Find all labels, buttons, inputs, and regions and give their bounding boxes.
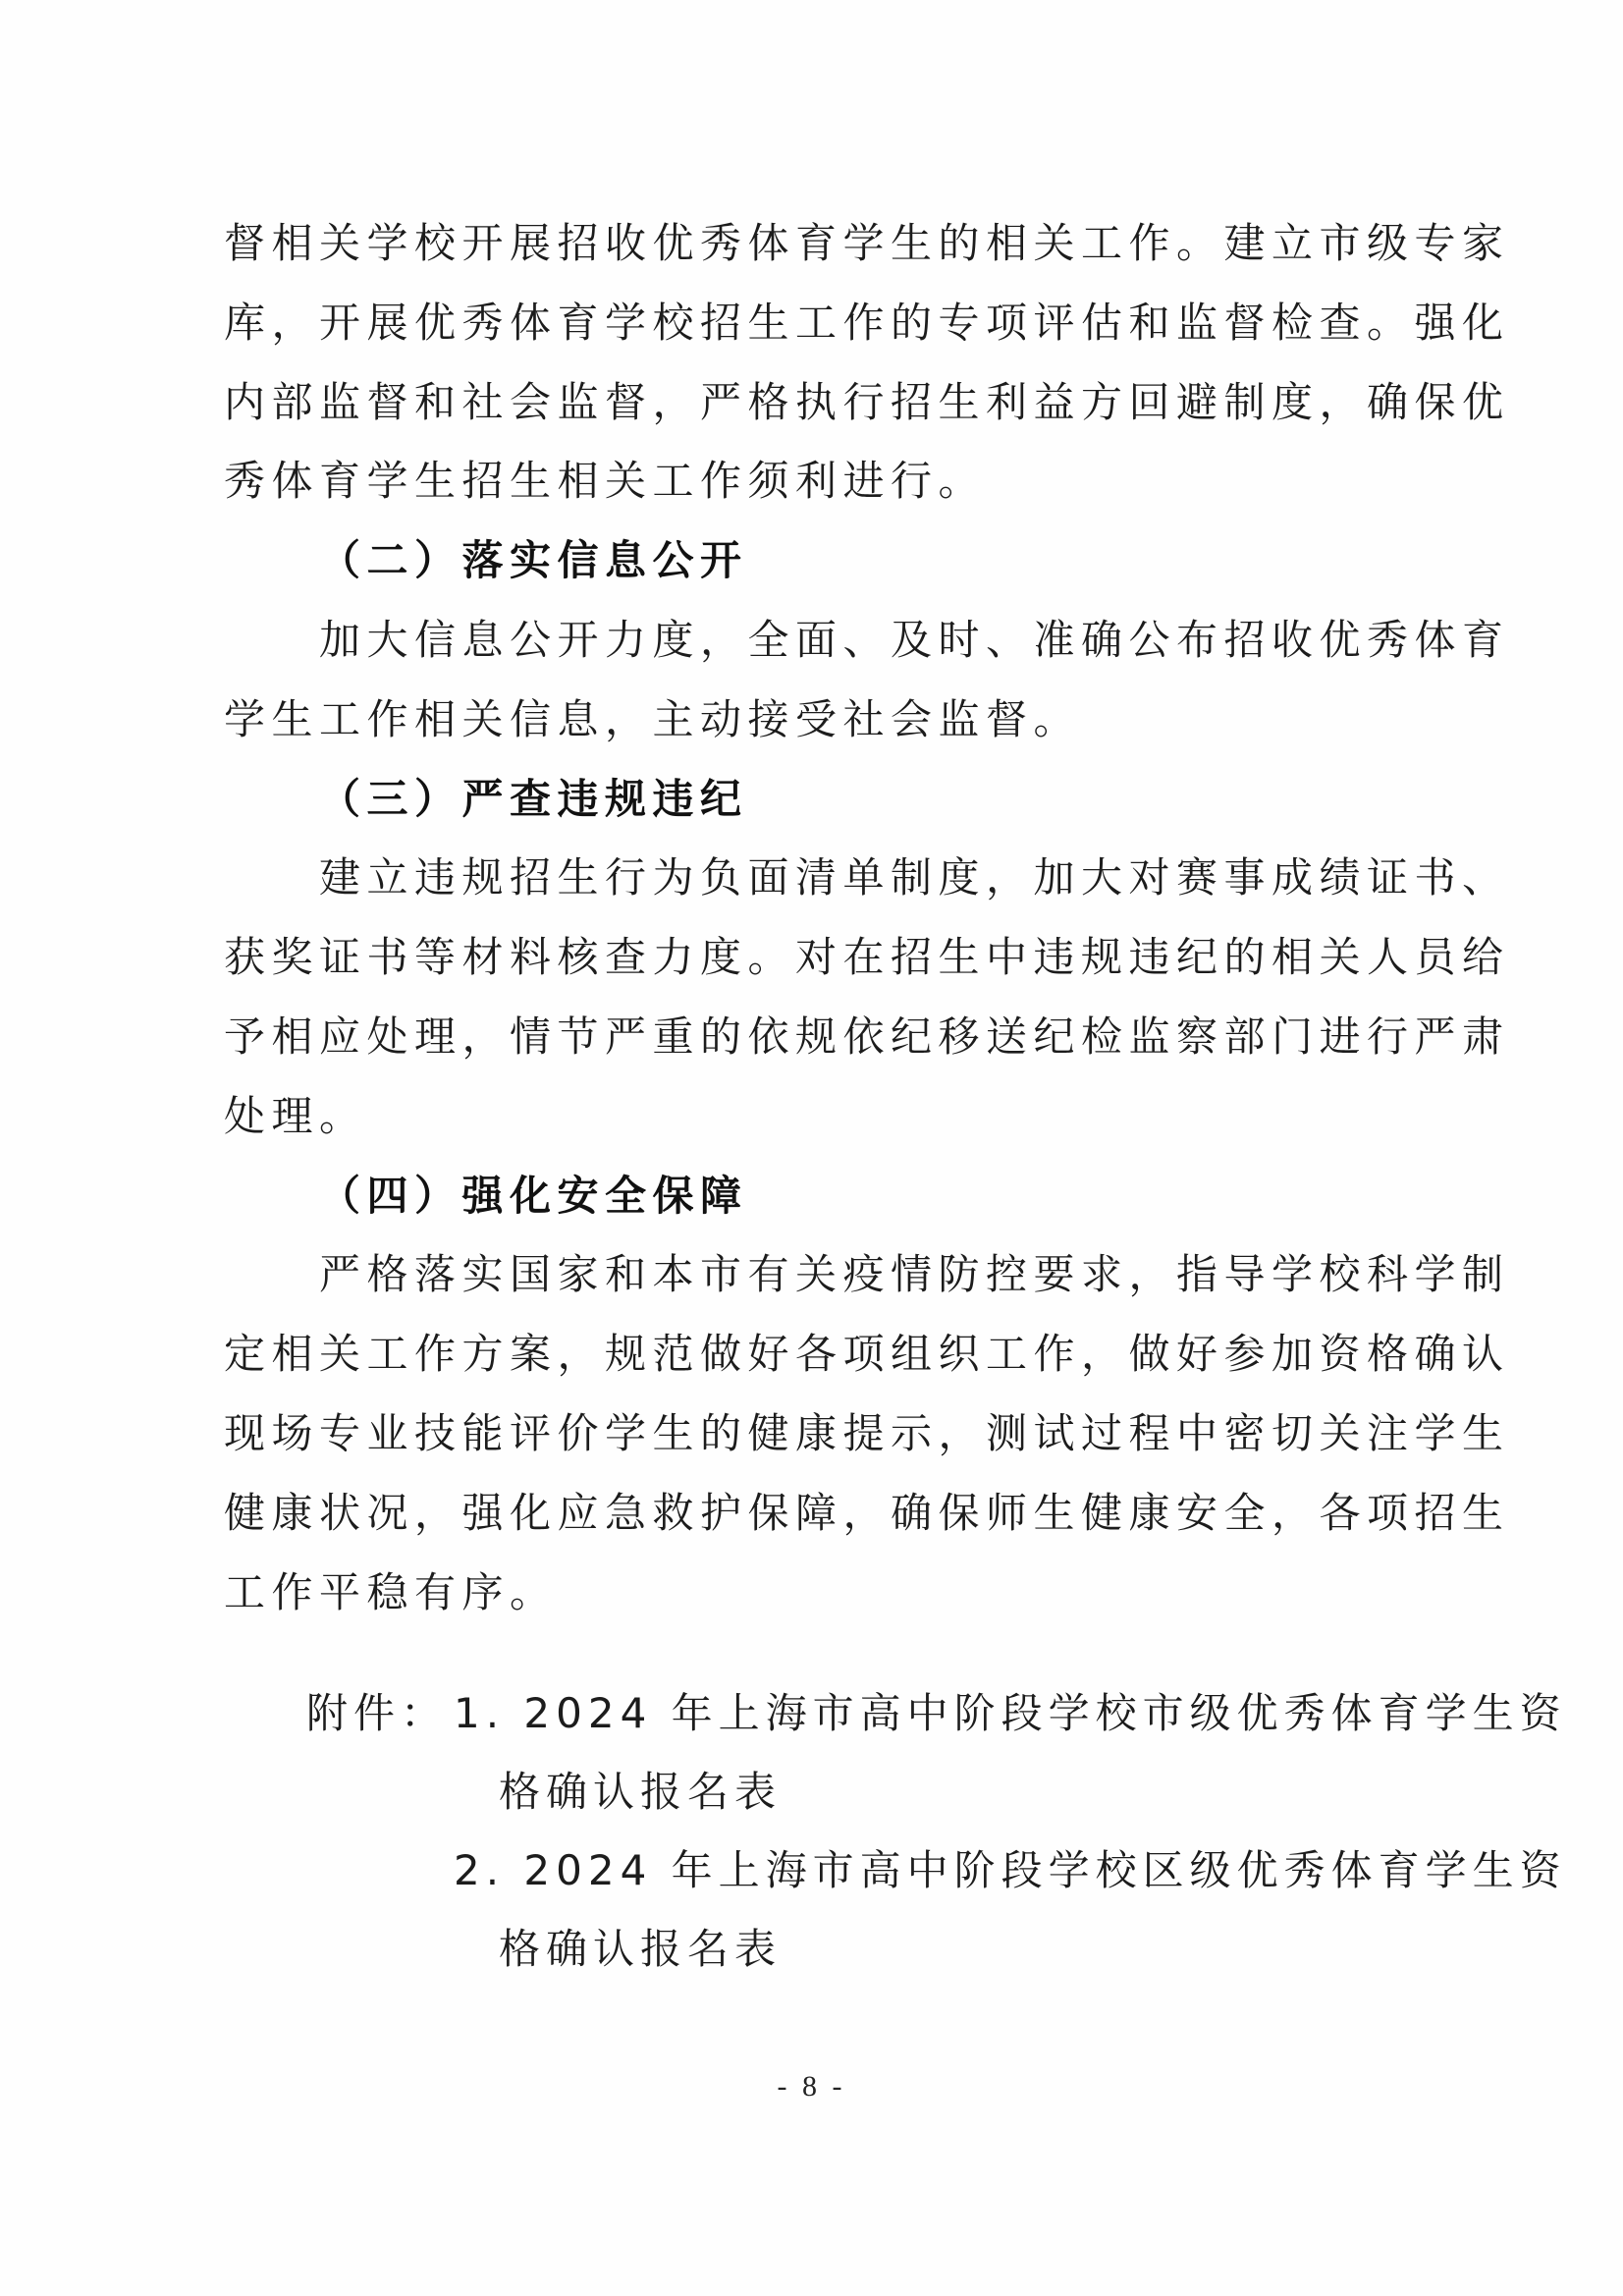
attachment-title: 2. 2024 年上海市高中阶段学校区级优秀体育学生资 bbox=[454, 1831, 1567, 1910]
paragraph-line: 秀体育学生招生相关工作须利进行。 bbox=[224, 442, 1417, 521]
page-number: - 8 - bbox=[0, 2070, 1623, 2104]
attachment-item-1-continued: 格确认报名表 bbox=[306, 1753, 1426, 1831]
attachment-item-1: 附件： 1. 2024 年上海市高中阶段学校市级优秀体育学生资 bbox=[306, 1674, 1426, 1753]
paragraph-line: 工作平稳有序。 bbox=[224, 1554, 1417, 1633]
attachments-label: 附件： bbox=[306, 1674, 454, 1753]
paragraph-line: 处理。 bbox=[224, 1077, 1417, 1157]
body-text: 督相关学校开展招收优秀体育学生的相关工作。建立市级专家 库，开展优秀体育学校招生… bbox=[224, 204, 1417, 1632]
paragraph-line: 严格落实国家和本市有关疫情防控要求，指导学校科学制 bbox=[224, 1235, 1417, 1315]
paragraph-line: 予相应处理，情节严重的依规依纪移送纪检监察部门进行严肃 bbox=[224, 998, 1417, 1077]
paragraph-line: 获奖证书等材料核查力度。对在招生中违规违纪的相关人员给 bbox=[224, 918, 1417, 998]
paragraph-line: 建立违规招生行为负面清单制度，加大对赛事成绩证书、 bbox=[224, 839, 1417, 918]
paragraph-line: 现场专业技能评价学生的健康提示，测试过程中密切关注学生 bbox=[224, 1394, 1417, 1474]
attachments-list: 附件： 1. 2024 年上海市高中阶段学校市级优秀体育学生资 格确认报名表 2… bbox=[306, 1674, 1426, 1989]
paragraph-line: 加大信息公开力度，全面、及时、准确公布招收优秀体育 bbox=[224, 601, 1417, 681]
attachment-title: 1. 2024 年上海市高中阶段学校市级优秀体育学生资 bbox=[454, 1674, 1567, 1753]
attachment-title-continued: 格确认报名表 bbox=[499, 1910, 782, 1989]
attachment-item-2: 2. 2024 年上海市高中阶段学校区级优秀体育学生资 bbox=[306, 1831, 1426, 1910]
paragraph-line: 内部监督和社会监督，严格执行招生利益方回避制度，确保优 bbox=[224, 363, 1417, 443]
attachment-item-2-continued: 格确认报名表 bbox=[306, 1910, 1426, 1989]
section-heading-2: （二）落实信息公开 bbox=[224, 521, 1417, 601]
section-heading-4: （四）强化安全保障 bbox=[224, 1157, 1417, 1236]
attachment-title-continued: 格确认报名表 bbox=[499, 1753, 782, 1831]
paragraph-line: 学生工作相关信息，主动接受社会监督。 bbox=[224, 681, 1417, 760]
paragraph-line: 库，开展优秀体育学校招生工作的专项评估和监督检查。强化 bbox=[224, 284, 1417, 363]
paragraph-line: 定相关工作方案，规范做好各项组织工作，做好参加资格确认 bbox=[224, 1315, 1417, 1394]
paragraph-line: 健康状况，强化应急救护保障，确保师生健康安全，各项招生 bbox=[224, 1474, 1417, 1554]
paragraph-line: 督相关学校开展招收优秀体育学生的相关工作。建立市级专家 bbox=[224, 204, 1417, 284]
document-page: 督相关学校开展招收优秀体育学生的相关工作。建立市级专家 库，开展优秀体育学校招生… bbox=[0, 0, 1623, 2296]
section-heading-3: （三）严查违规违纪 bbox=[224, 760, 1417, 840]
